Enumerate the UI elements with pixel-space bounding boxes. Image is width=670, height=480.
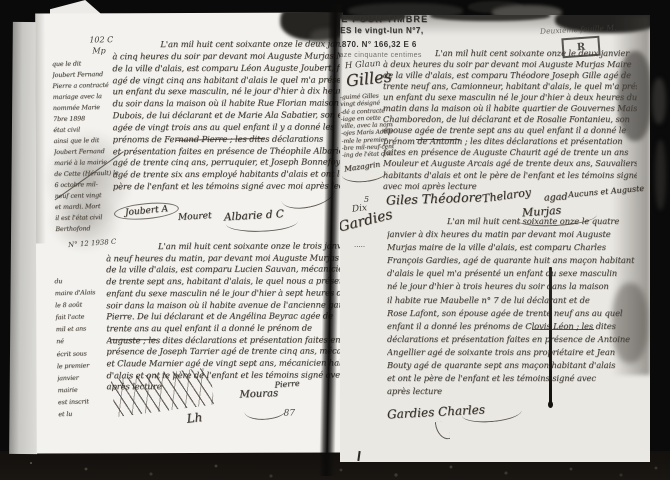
revenue-stamp-line1: SE POUR TIMBRE <box>340 15 428 24</box>
margin-note-act1: que le ditJoubert FernandPierre a contra… <box>52 58 122 235</box>
act2-text: L'an mil huit cent soixante onze le troi… <box>106 240 343 393</box>
act4-text: L'an mil huit cent soixante onze le quat… <box>387 215 635 398</box>
signature-flourish <box>226 219 298 233</box>
left-page: 102 C Mp que le ditJoubert FernandPierre… <box>35 12 344 453</box>
margin-dots: ..... <box>354 241 365 249</box>
scanned-register-spread: 102 C Mp que le ditJoubert FernandPierre… <box>0 0 670 480</box>
signature-hook-mark <box>435 420 451 441</box>
underline-mark <box>110 339 156 340</box>
underline-mark <box>416 139 460 140</box>
act1-text: L'an mil huit cent soixante onze le deux… <box>112 38 341 193</box>
act3-text: L'an mil huit cent soixante onze le deux… <box>383 48 637 192</box>
right-border-smudge <box>655 140 666 210</box>
page-mark: 87 <box>284 409 295 419</box>
right-page: SE POUR TIMBRE MES le vingt-lun N°7, 187… <box>340 15 650 462</box>
right-border-smudge <box>652 78 666 124</box>
ink-streak-artifact <box>549 267 552 405</box>
signature-gille: Giles Théodore <box>386 189 482 207</box>
signature-mouret: Mouret <box>178 211 212 223</box>
signature-mouras: Mouras <box>239 388 278 400</box>
underline-mark <box>532 329 594 330</box>
bottom-tear-mark <box>357 451 360 461</box>
register-ref-mark: Mp <box>92 46 105 55</box>
signature-flourish <box>244 407 287 421</box>
floor-speckles <box>30 462 32 464</box>
signature-paraph: Lh <box>186 410 203 426</box>
register-ref-number: 102 C <box>89 35 113 44</box>
signature-witness2: agad <box>544 191 568 203</box>
ink-streak-tip <box>548 401 553 408</box>
signature-pierre: Pierre <box>274 379 300 390</box>
revenue-stamp-line2: MES le vingt-lun N°7, <box>340 26 424 35</box>
page-edge-shade <box>35 14 46 244</box>
